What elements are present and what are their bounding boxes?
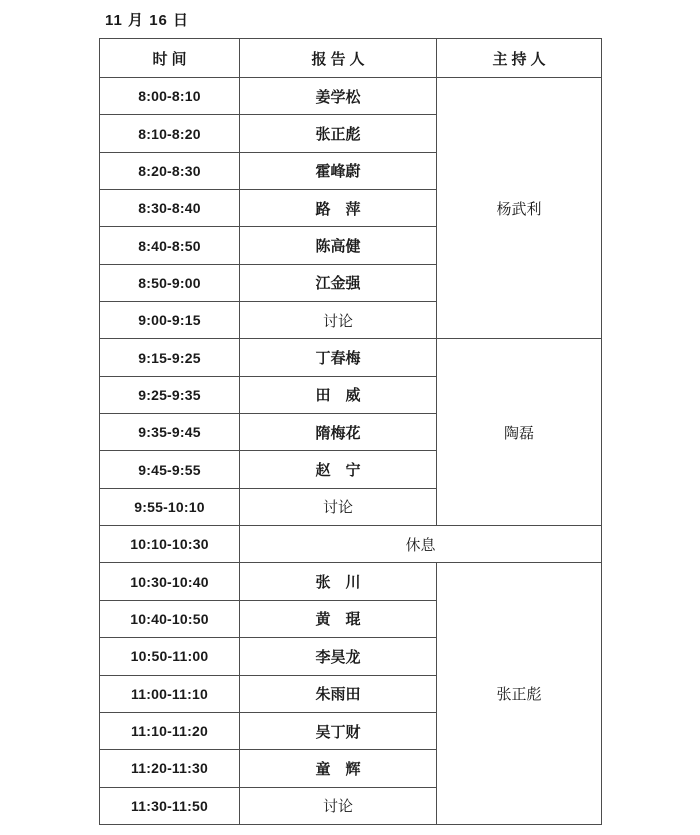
host-cell: 杨武利 xyxy=(437,78,602,339)
time-cell: 11:30-11:50 xyxy=(100,787,240,824)
time-cell: 9:15-9:25 xyxy=(100,339,240,376)
column-header-speaker: 报告人 xyxy=(240,39,437,78)
time-cell: 8:10-8:20 xyxy=(100,115,240,152)
break-time-cell: 10:10-10:30 xyxy=(100,526,240,563)
time-cell: 11:20-11:30 xyxy=(100,750,240,787)
time-cell: 10:30-10:40 xyxy=(100,563,240,600)
speaker-cell: 李昊龙 xyxy=(240,638,437,675)
time-cell: 8:30-8:40 xyxy=(100,190,240,227)
time-cell: 9:45-9:55 xyxy=(100,451,240,488)
speaker-cell: 张 川 xyxy=(240,563,437,600)
time-cell: 9:55-10:10 xyxy=(100,488,240,525)
speaker-cell: 姜学松 xyxy=(240,78,437,115)
speaker-cell: 黄 琨 xyxy=(240,600,437,637)
time-cell: 11:00-11:10 xyxy=(100,675,240,712)
discussion-cell: 讨论 xyxy=(240,488,437,525)
schedule-table-header: 时间 报告人 主持人 xyxy=(100,39,602,78)
break-label-cell: 休息 xyxy=(240,526,602,563)
time-cell: 8:20-8:30 xyxy=(100,152,240,189)
speaker-cell: 霍峰蔚 xyxy=(240,152,437,189)
host-cell: 张正彪 xyxy=(437,563,602,824)
column-header-time: 时间 xyxy=(100,39,240,78)
speaker-cell: 陈高健 xyxy=(240,227,437,264)
time-cell: 10:50-11:00 xyxy=(100,638,240,675)
time-cell: 11:10-11:20 xyxy=(100,712,240,749)
discussion-cell: 讨论 xyxy=(240,302,437,339)
host-cell: 陶磊 xyxy=(437,339,602,526)
header-row: 时间 报告人 主持人 xyxy=(100,39,602,78)
table-row: 9:15-9:25丁春梅陶磊 xyxy=(100,339,602,376)
speaker-cell: 童 辉 xyxy=(240,750,437,787)
document-page: 11 月 16 日 时间 报告人 主持人 8:00-8:10姜学松杨武利8:10… xyxy=(0,0,700,835)
speaker-cell: 路 萍 xyxy=(240,190,437,227)
page-title: 11 月 16 日 xyxy=(105,9,189,30)
speaker-cell: 朱雨田 xyxy=(240,675,437,712)
time-cell: 9:25-9:35 xyxy=(100,376,240,413)
speaker-cell: 丁春梅 xyxy=(240,339,437,376)
speaker-cell: 隋梅花 xyxy=(240,414,437,451)
speaker-cell: 江金强 xyxy=(240,264,437,301)
table-row: 10:30-10:40张 川张正彪 xyxy=(100,563,602,600)
time-cell: 10:40-10:50 xyxy=(100,600,240,637)
schedule-table: 时间 报告人 主持人 8:00-8:10姜学松杨武利8:10-8:20张正彪8:… xyxy=(99,38,602,825)
schedule-table-body: 8:00-8:10姜学松杨武利8:10-8:20张正彪8:20-8:30霍峰蔚8… xyxy=(100,78,602,825)
discussion-cell: 讨论 xyxy=(240,787,437,824)
time-cell: 9:35-9:45 xyxy=(100,414,240,451)
speaker-cell: 赵 宁 xyxy=(240,451,437,488)
speaker-cell: 田 威 xyxy=(240,376,437,413)
table-row: 8:00-8:10姜学松杨武利 xyxy=(100,78,602,115)
speaker-cell: 张正彪 xyxy=(240,115,437,152)
time-cell: 9:00-9:15 xyxy=(100,302,240,339)
time-cell: 8:00-8:10 xyxy=(100,78,240,115)
column-header-host: 主持人 xyxy=(437,39,602,78)
time-cell: 8:40-8:50 xyxy=(100,227,240,264)
break-row: 10:10-10:30休息 xyxy=(100,526,602,563)
speaker-cell: 吴丁财 xyxy=(240,712,437,749)
time-cell: 8:50-9:00 xyxy=(100,264,240,301)
